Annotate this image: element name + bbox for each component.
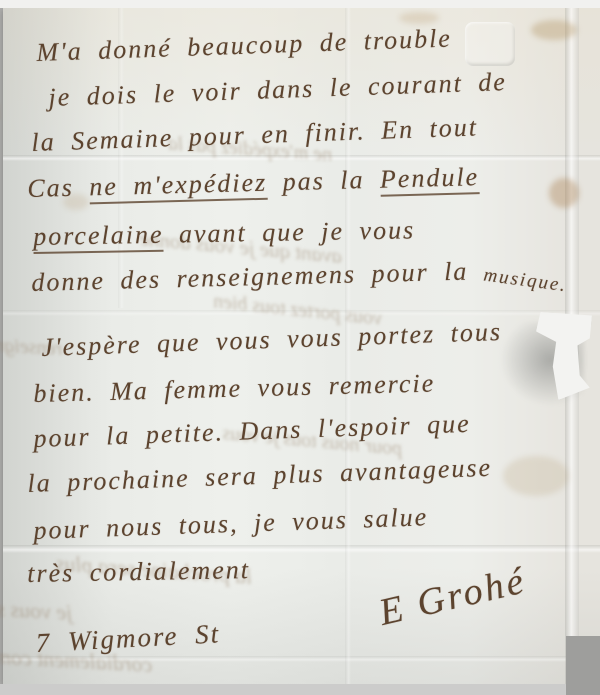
letter-line-2: je dois le voir dans le courant de [48,67,507,113]
text-segment: avant que je vous [163,215,415,248]
ink-stain [399,12,439,24]
fold-crease-horizontal-1 [3,155,600,161]
background-bottom-strip [0,684,600,695]
letter-line-11: pour nous tous, je vous salue [33,502,429,546]
letter-line-7: J'espère que vous vous portez tous [41,317,502,363]
fold-crease-horizontal-3 [3,310,600,316]
text-segment: musique. [482,265,568,298]
letter-line-5: porcelaine avant que je vous [33,215,415,252]
text-segment: ne m'expédiez [89,168,268,205]
ink-stain [503,456,569,496]
background-bottom-right-corner [566,636,600,695]
text-segment: Cas [27,172,90,203]
fold-crease-horizontal-4 [3,656,600,662]
letter-line-6: donne des renseignemens pour la musique. [31,254,568,298]
letter-line-3: la Semaine pour en finir. En tout [31,112,478,158]
bleedthrough-line: je vous salue très [0,592,73,626]
text-segment: Pendule [380,162,480,197]
signature: E Grohé [375,558,530,634]
embossed-seal-icon [465,22,515,66]
letter-line-1: M'a donné beaucoup de trouble [36,23,452,67]
letter-line-12: très cordialement [27,555,250,589]
address-line: 7 Wigmore St [35,618,221,659]
paper-top-edge [0,0,600,8]
letter-photo: la semaine pour en finirne m'expédiez pa… [0,0,600,695]
letter-line-9: pour la petite. Dans l'espoir que [33,409,471,454]
text-segment: donne des renseignemens pour la [31,256,484,297]
text-segment: très cordialement [27,555,250,588]
letter-line-4: Cas ne m'expédiez pas la Pendule [27,162,480,204]
letter-line-10: la prochaine sera plus avantageuse [27,453,493,499]
fold-crease-horizontal-2 [3,545,600,553]
text-segment: je dois le voir dans le courant de [48,67,507,112]
text-segment: bien. Ma femme vous remercie [33,368,436,408]
bleedthrough-line: la semaine pour en finir [0,78,3,126]
text-segment: J'espère que vous vous portez tous [41,317,502,362]
letter-line-8: bien. Ma femme vous remercie [33,368,436,409]
text-segment: pas la [267,165,381,197]
text-segment: porcelaine [33,220,164,254]
text-segment: pour la petite. Dans l'espoir que [33,409,471,453]
text-segment: pour nous tous, je vous salue [33,502,429,545]
text-segment: la prochaine sera plus avantageuse [27,453,492,498]
text-segment: la Semaine pour en finir. En tout [31,112,478,157]
text-segment: M'a donné beaucoup de trouble [36,23,452,66]
